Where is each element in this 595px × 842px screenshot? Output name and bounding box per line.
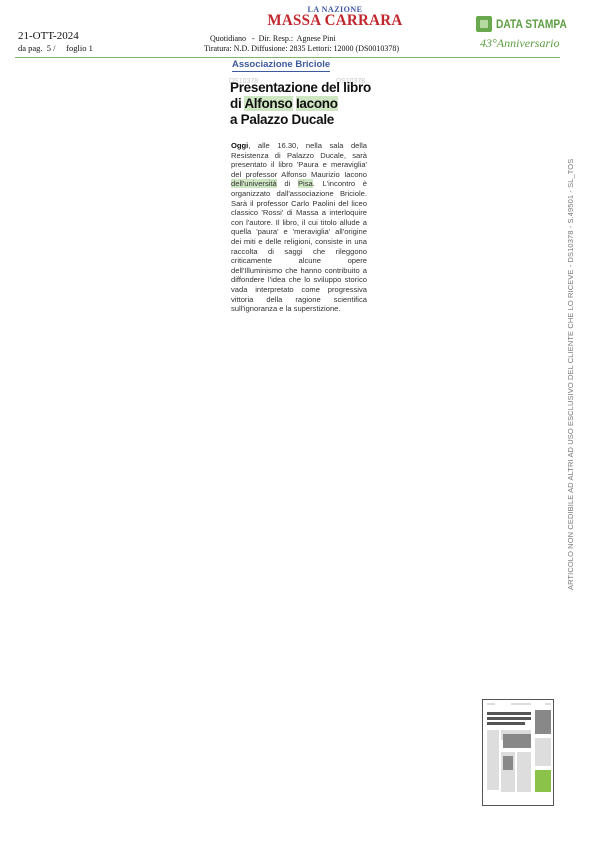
- body-mid: di: [277, 179, 298, 188]
- highlighted-university: dell'università: [231, 179, 277, 188]
- body-lead: Oggi: [231, 141, 248, 150]
- data-stampa-name: DATA STAMPA: [496, 17, 567, 31]
- publication-meta-line2: Tiratura: N.D. Diffusione: 2835 Lettori:…: [204, 44, 399, 53]
- headline-line3: a Palazzo Ducale: [230, 112, 390, 128]
- data-stampa-tagline: 43°Anniversario: [480, 36, 559, 51]
- body-part2: . L'incontro è organizzato dall'associaz…: [231, 179, 367, 313]
- masthead-main: MASSA CARRARA: [200, 14, 415, 30]
- highlighted-city: Pisa: [298, 179, 313, 188]
- copyright-notice: ARTICOLO NON CEDIBILE AD ALTRI AD USO ES…: [566, 159, 575, 590]
- highlighted-name-first: Alfonso: [244, 96, 292, 111]
- article-body: Oggi, alle 16.30, nella sala della Resis…: [231, 141, 367, 314]
- data-stampa-logo: DATA STAMPA: [476, 16, 579, 32]
- header-divider: [15, 57, 560, 58]
- highlighted-name-last: Iacono: [296, 96, 338, 111]
- newspaper-masthead: LA NAZIONE MASSA CARRARA: [200, 6, 415, 29]
- headline-prefix: di: [230, 96, 244, 111]
- data-stampa-square-icon: [476, 16, 492, 32]
- publication-date: 21-OTT-2024: [18, 30, 79, 42]
- page-thumbnail-icon[interactable]: [482, 699, 554, 806]
- headline-line2: di Alfonso Iacono: [230, 96, 390, 112]
- headline-line1: Presentazione del libro: [230, 80, 390, 96]
- page-info: da pag. 5 / foglio 1: [18, 43, 93, 53]
- body-part1: , alle 16.30, nella sala della Resistenz…: [231, 141, 367, 179]
- article-kicker: Associazione Briciole: [232, 59, 330, 72]
- publication-meta-line1: Quotidiano - Dir. Resp.: Agnese Pini: [210, 34, 336, 43]
- article-headline: Presentazione del libro di Alfonso Iacon…: [230, 80, 390, 128]
